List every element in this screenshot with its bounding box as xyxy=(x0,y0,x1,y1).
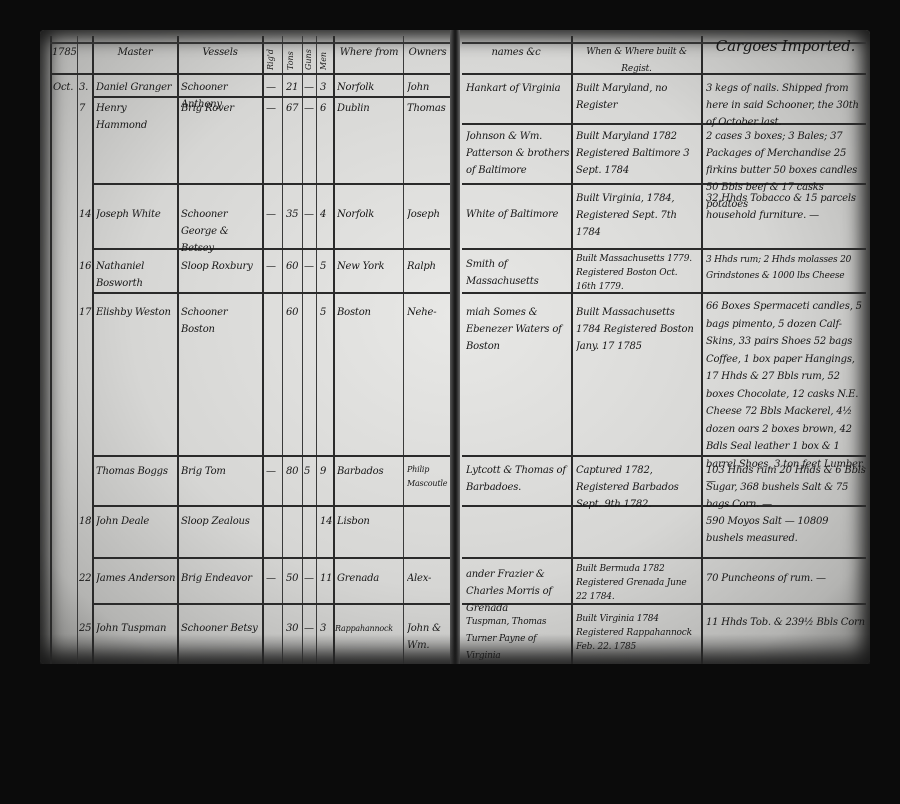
entry-men: 5 xyxy=(320,258,332,275)
entry-built-registered: Built Bermuda 1782 Registered Grenada Ju… xyxy=(576,562,699,604)
entry-day: 16 xyxy=(79,258,92,275)
entry-owner-names: miah Somes & Ebenezer Waters of Boston xyxy=(466,304,570,355)
entry-vessel: Sloop Roxbury xyxy=(181,258,261,275)
entry-owner-names: ander Frazier & Charles Morris of Grenad… xyxy=(466,566,570,617)
entry-month: Oct. xyxy=(53,79,77,96)
entry-day: 22 xyxy=(79,570,92,587)
entry-vessel: Brig Tom xyxy=(181,463,261,480)
row-rule xyxy=(92,455,450,457)
entry-day: 3. xyxy=(79,79,92,96)
entry-rigged: — xyxy=(266,100,281,117)
right-page: names &c When & Where built & Regist. Ca… xyxy=(458,30,870,664)
entry-where-from: Barbados xyxy=(337,463,402,480)
entry-cargo: 3 Hhds rum; 2 Hhds molasses 20 Grindston… xyxy=(706,252,866,284)
entry-men: 14 xyxy=(320,513,332,530)
row-rule xyxy=(462,557,866,559)
entry-day: 17 xyxy=(79,304,92,321)
header-owners: Owners xyxy=(405,44,450,61)
entry-master: Elishby Weston xyxy=(96,304,176,321)
entry-cargo: 32 Hhds Tobacco & 15 parcels household f… xyxy=(706,190,866,224)
entry-rigged: — xyxy=(266,258,281,275)
row-rule xyxy=(462,248,866,250)
rule xyxy=(262,36,264,664)
entry-where-from: Boston xyxy=(337,304,402,321)
entry-rigged: — xyxy=(266,570,281,587)
entry-tons: 80 xyxy=(286,463,301,480)
row-rule xyxy=(92,248,450,250)
entry-master: Joseph White xyxy=(96,206,176,223)
header-rigged: Rig'd xyxy=(266,49,275,70)
header-cargoes: Cargoes Imported. xyxy=(703,38,868,55)
entry-men: 11 xyxy=(320,570,332,587)
entry-cargo: 11 Hhds Tob. & 239½ Bbls Corn xyxy=(706,614,866,631)
entry-tons: 50 xyxy=(286,570,301,587)
rule xyxy=(50,36,52,664)
entry-cargo: 3 kegs of nails. Shipped from here in sa… xyxy=(706,80,866,131)
rule xyxy=(701,36,703,664)
header-men: Men xyxy=(319,52,328,70)
entry-built-registered: Captured 1782, Registered Barbados Sept.… xyxy=(576,462,699,513)
entry-guns: — xyxy=(304,570,316,587)
entry-guns: — xyxy=(304,79,316,96)
entry-built-registered: Built Maryland 1782 Registered Baltimore… xyxy=(576,128,699,179)
rule xyxy=(403,36,404,664)
entry-owners: Philip Mascoutle xyxy=(407,463,449,491)
rule xyxy=(177,36,179,664)
entry-built-registered: Built Massachusetts 1784 Registered Bost… xyxy=(576,304,699,355)
entry-day: 7 xyxy=(79,100,92,117)
entry-tons: 35 xyxy=(286,206,301,223)
entry-cargo: 70 Puncheons of rum. — xyxy=(706,570,866,587)
scan-shadow xyxy=(40,634,870,664)
left-page: 1785 Master Vessels Rig'd Tons Guns Men … xyxy=(40,30,454,664)
row-rule xyxy=(92,96,450,98)
entry-guns: — xyxy=(304,258,316,275)
rule xyxy=(316,36,317,664)
entry-vessel: Schooner George & Betsey xyxy=(181,206,261,257)
header-where-from: Where from xyxy=(335,44,403,61)
header-year: 1785 xyxy=(52,44,76,61)
entry-owners: Joseph xyxy=(407,206,449,223)
entry-guns: 5 xyxy=(304,463,316,480)
entry-where-from: New York xyxy=(337,258,402,275)
entry-men: 3 xyxy=(320,79,332,96)
rule xyxy=(571,36,573,664)
entry-tons: 67 xyxy=(286,100,301,117)
header-tons: Tons xyxy=(286,51,295,70)
rule xyxy=(302,36,303,664)
header-rule xyxy=(50,73,450,75)
entry-built-registered: Built Massachusetts 1779. Registered Bos… xyxy=(576,252,699,294)
entry-owners: Nehe- xyxy=(407,304,449,321)
row-rule xyxy=(92,603,450,605)
entry-rigged: — xyxy=(266,206,281,223)
rule xyxy=(282,36,283,664)
row-rule xyxy=(92,183,450,185)
row-rule xyxy=(92,292,450,294)
entry-vessel: Brig Rover xyxy=(181,100,261,117)
entry-where-from: Lisbon xyxy=(337,513,402,530)
entry-master: Nathaniel Bosworth xyxy=(96,258,176,292)
entry-where-from: Dublin xyxy=(337,100,402,117)
entry-where-from: Norfolk xyxy=(337,206,402,223)
ledger-scan: 1785 Master Vessels Rig'd Tons Guns Men … xyxy=(40,30,870,664)
entry-where-from: Grenada xyxy=(337,570,402,587)
entry-owner-names: White of Baltimore xyxy=(466,206,570,223)
header-master: Master xyxy=(94,44,176,61)
entry-owner-names: Smith of Massachusetts xyxy=(466,256,570,290)
rule xyxy=(92,36,94,664)
entry-tons: 60 xyxy=(286,304,301,321)
entry-men: 6 xyxy=(320,100,332,117)
entry-rigged: — xyxy=(266,79,281,96)
entry-owners: Thomas xyxy=(407,100,449,117)
rule xyxy=(77,36,78,664)
header-owner-names: names &c xyxy=(462,44,570,61)
entry-tons: 21 xyxy=(286,79,301,96)
entry-vessel: Schooner Boston xyxy=(181,304,261,338)
entry-owners: John xyxy=(407,79,449,96)
entry-tons: 60 xyxy=(286,258,301,275)
entry-men: 5 xyxy=(320,304,332,321)
entry-master: Henry Hammond xyxy=(96,100,176,134)
entry-vessel: Brig Endeavor xyxy=(181,570,261,587)
header-vessels: Vessels xyxy=(179,44,261,61)
entry-master: Thomas Boggs xyxy=(96,463,176,480)
entry-guns: — xyxy=(304,206,316,223)
entry-where-from: Norfolk xyxy=(337,79,402,96)
header-guns: Guns xyxy=(304,49,313,70)
entry-day: 14 xyxy=(79,206,92,223)
row-rule xyxy=(92,505,450,507)
entry-master: Daniel Granger xyxy=(96,79,176,96)
entry-rigged: — xyxy=(266,463,281,480)
entry-owner-names: Hankart of Virginia xyxy=(466,80,570,97)
entry-built-registered: Built Maryland, no Register xyxy=(576,80,699,114)
entry-men: 9 xyxy=(320,463,332,480)
entry-guns: — xyxy=(304,100,316,117)
entry-built-registered: Built Virginia, 1784, Registered Sept. 7… xyxy=(576,190,699,241)
entry-vessel: Sloop Zealous xyxy=(181,513,261,530)
entry-owner-names: Johnson & Wm. Patterson & brothers of Ba… xyxy=(466,128,570,179)
entry-owners: Ralph xyxy=(407,258,449,275)
entry-owner-names: Lytcott & Thomas of Barbadoes. xyxy=(466,462,570,496)
entry-cargo: 103 Hhds rum 20 Hhds & 6 Bbls Sugar, 368… xyxy=(706,462,866,513)
entry-day: 18 xyxy=(79,513,92,530)
header-built-registered: When & Where built & Regist. xyxy=(573,44,700,78)
entry-owners: Alex- xyxy=(407,570,449,587)
entry-men: 4 xyxy=(320,206,332,223)
entry-master: James Anderson xyxy=(96,570,176,587)
rule xyxy=(333,36,335,664)
row-rule xyxy=(92,557,450,559)
entry-master: John Deale xyxy=(96,513,176,530)
entry-cargo: 590 Moyos Salt — 10809 bushels measured. xyxy=(706,513,866,547)
